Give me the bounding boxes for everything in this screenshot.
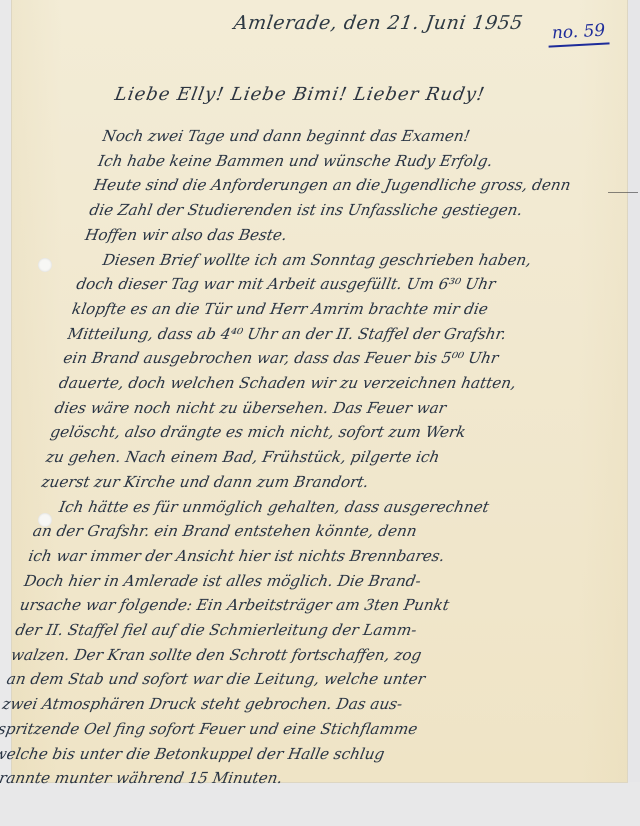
letter-line: an der Grafshr. ein Brand entstehen könn… [31, 519, 627, 544]
letter-line: Mitteilung, dass ab 4⁴⁰ Uhr an der II. S… [66, 322, 640, 347]
letter-line: Doch hier in Amlerade ist alles möglich.… [22, 569, 618, 594]
letter-line: dauerte, doch welchen Schaden wir zu ver… [57, 371, 640, 396]
letter-body: Noch zwei Tage und dann beginnt das Exam… [0, 124, 640, 791]
letter-line: Heute sind die Anforderungen an die Juge… [92, 173, 640, 198]
punch-hole-icon [38, 258, 52, 272]
letter-paper: Amlerade, den 21. Juni 1955 no. 59 Liebe… [12, 0, 627, 782]
letter-number: no. 59 [547, 20, 610, 47]
place-date: Amlerade, den 21. Juni 1955 [232, 12, 524, 34]
letter-line: walzen. Der Kran sollte den Schrott fort… [9, 643, 605, 668]
letter-line: ein Brand ausgebrochen war, dass das Feu… [61, 346, 640, 371]
letter-line: Ich habe keine Bammen und wünsche Rudy E… [96, 149, 640, 174]
letter-line: Diesen Brief wollte ich am Sonntag gesch… [79, 248, 640, 273]
letter-line: gelöscht, also drängte es mich nicht, so… [48, 420, 640, 445]
letter-line: der II. Staffel fiel auf die Schmierleit… [13, 618, 609, 643]
letter-line: ich war immer der Ansicht hier ist nicht… [26, 544, 622, 569]
letter-line: doch dieser Tag war mit Arbeit ausgefüll… [74, 272, 640, 297]
letter-line: zwei Atmosphären Druck steht gebrochen. … [0, 692, 596, 717]
letter-line: brannte munter während 15 Minuten. [0, 766, 584, 791]
letter-line: die Zahl der Studierenden ist ins Unfass… [87, 198, 640, 223]
letter-line: klopfte es an die Tür und Herr Amrim bra… [70, 297, 640, 322]
letter-line: welche bis unter die Betonkuppel der Hal… [0, 742, 588, 767]
letter-line: spritzende Oel fing sofort Feuer und ein… [0, 717, 592, 742]
letter-line: an dem Stab und sofort war die Leitung, … [5, 667, 601, 692]
letter-line: zu gehen. Nach einem Bad, Frühstück, pil… [44, 445, 640, 470]
letter-line: zuerst zur Kirche und dann zum Brandort. [39, 470, 635, 495]
letter-line: dies wäre noch nicht zu übersehen. Das F… [53, 396, 640, 421]
letter-line: Hoffen wir also das Beste. [83, 223, 640, 248]
salutation: Liebe Elly! Liebe Bimi! Lieber Rudy! [113, 84, 487, 105]
letter-line: Ich hätte es für unmöglich gehalten, das… [35, 495, 631, 520]
letter-line: Noch zwei Tage und dann beginnt das Exam… [100, 124, 640, 149]
letter-line: ursache war folgende: Ein Arbeitsträger … [18, 593, 614, 618]
